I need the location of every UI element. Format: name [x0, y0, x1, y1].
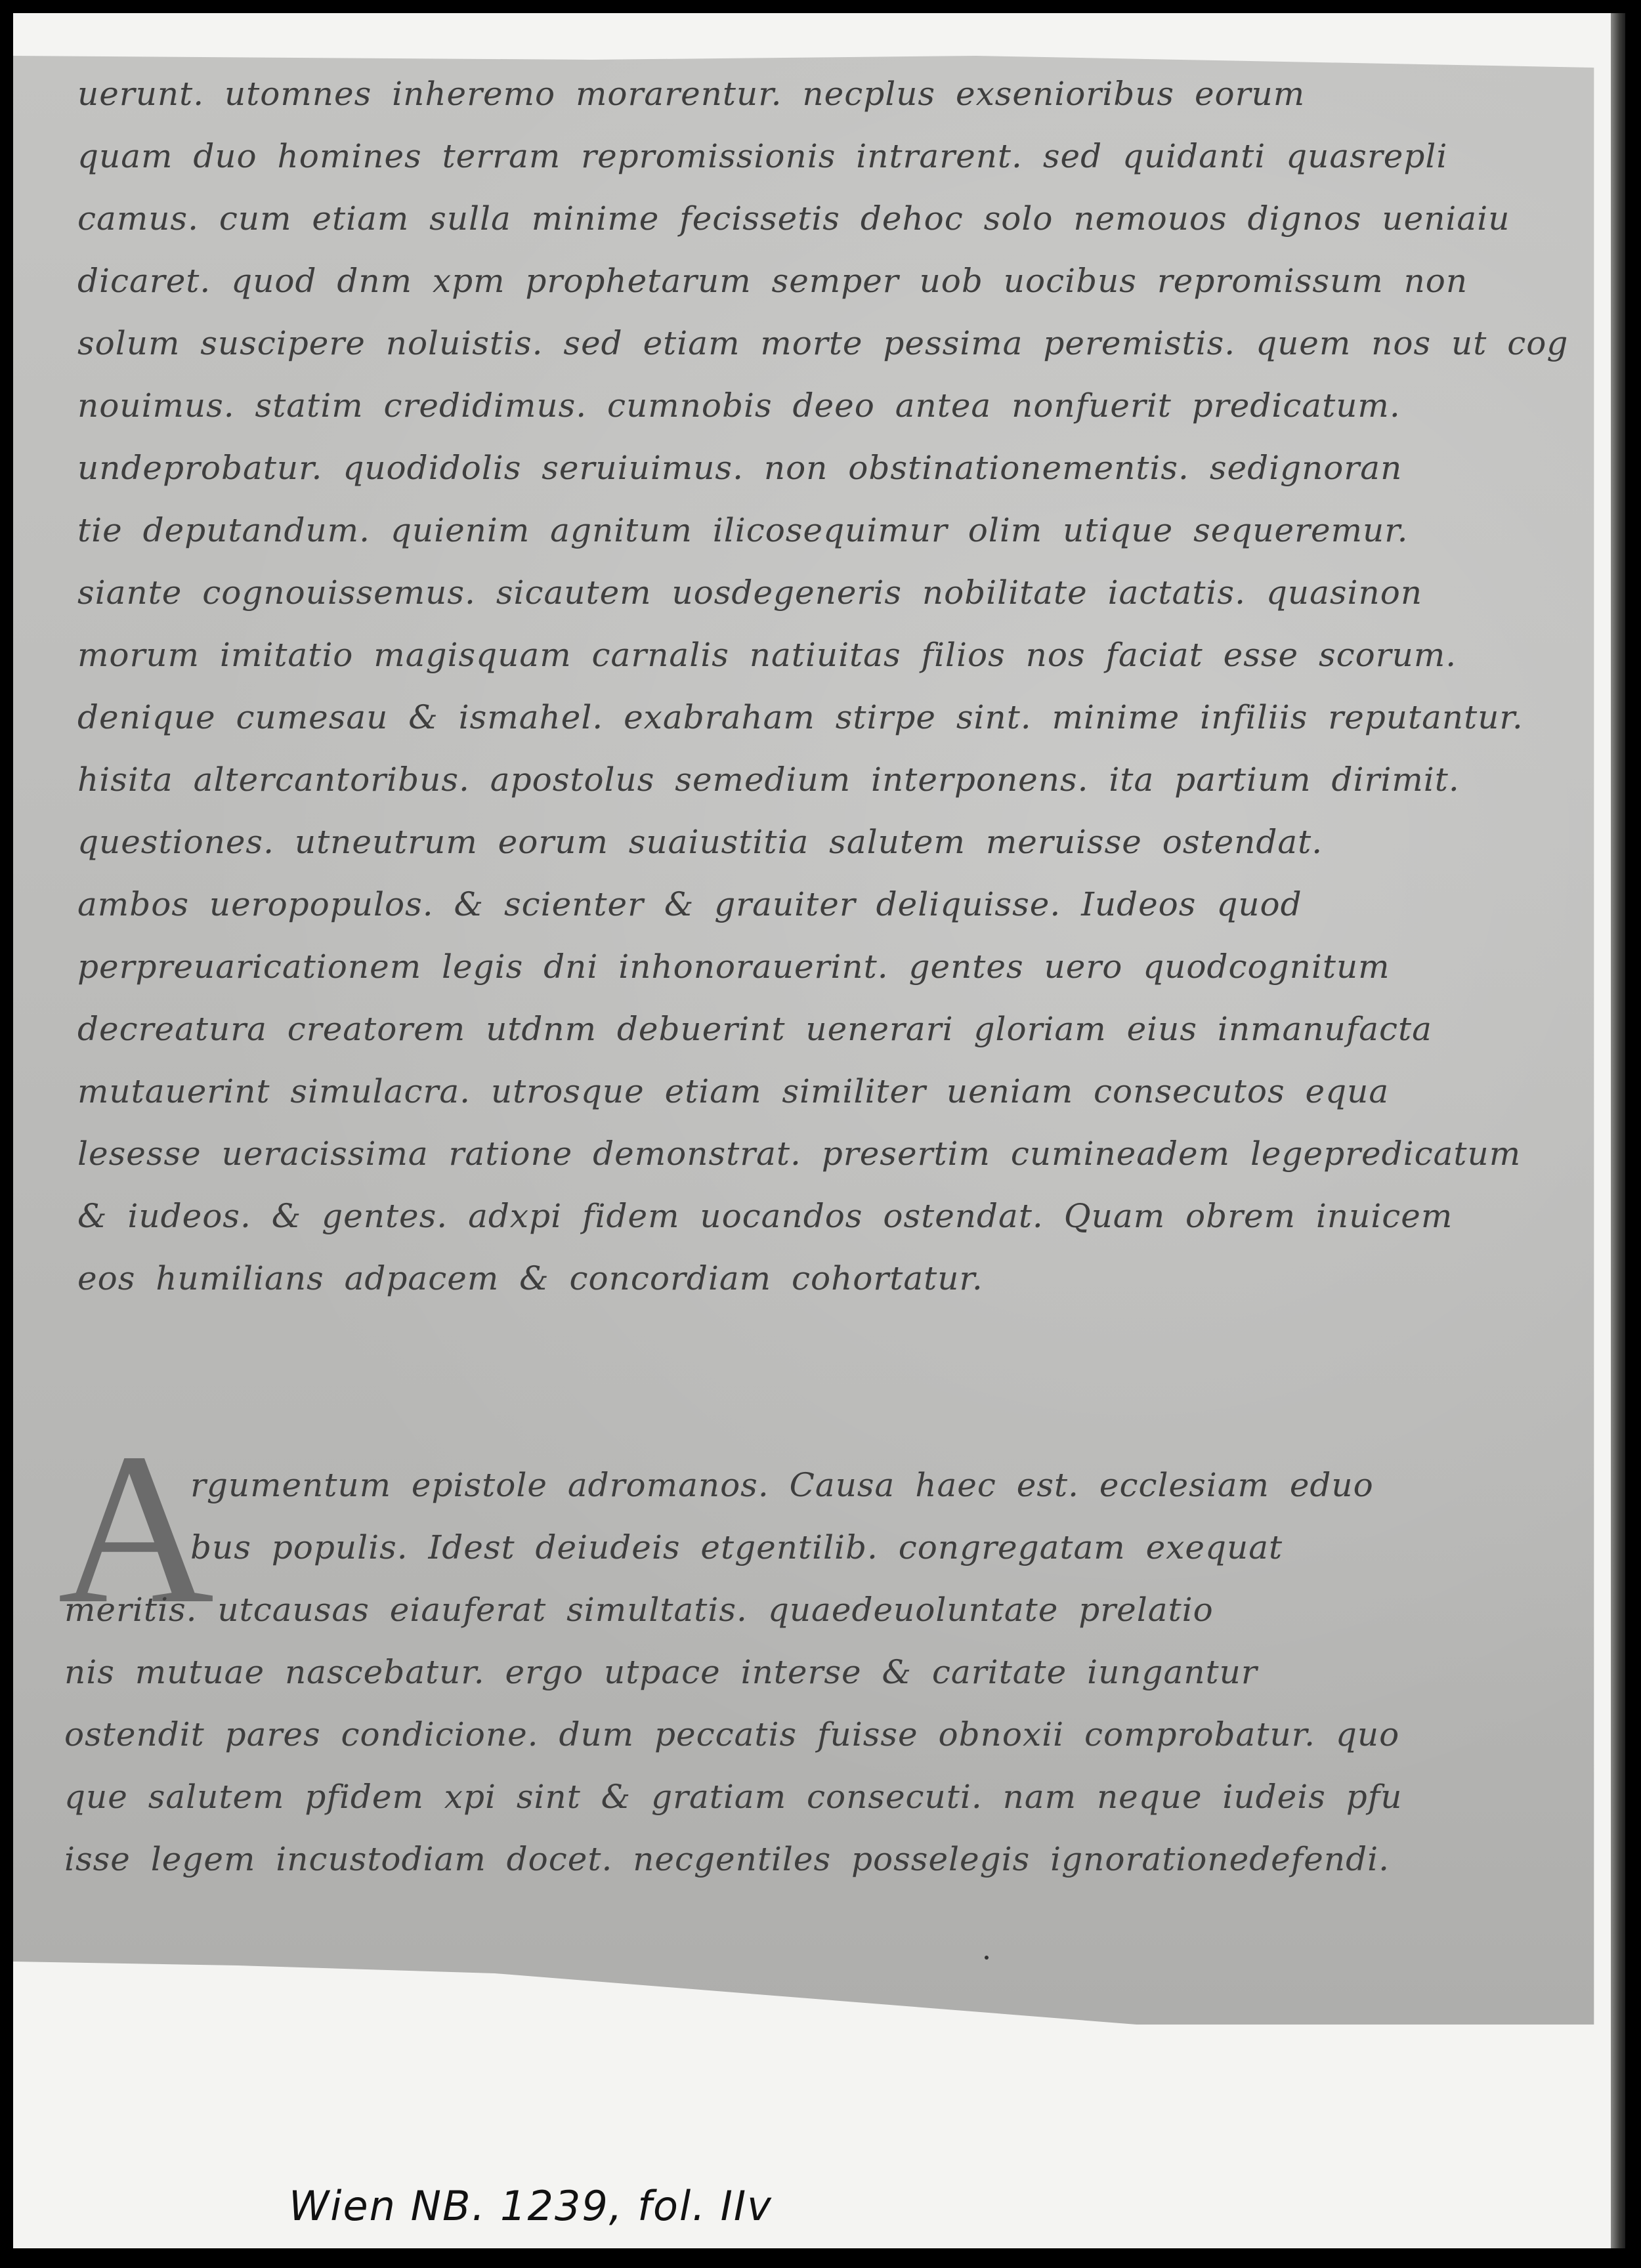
manuscript-line: solum suscipere noluistis. sed etiam mor…: [77, 314, 1568, 373]
manuscript-line: uerunt. utomnes inheremo morarentur. nec…: [77, 64, 1305, 123]
manuscript-line: camus. cum etiam sulla minime fecissetis…: [77, 189, 1510, 248]
shelfmark-caption: Wien NB. 1239, fol. IIv: [289, 2182, 773, 2230]
manuscript-line: que salutem pfidem xpi sint & gratiam co…: [64, 1767, 1402, 1826]
binding-gutter: [1611, 13, 1625, 2248]
manuscript-line: questiones. utneutrum eorum suaiustitia …: [77, 812, 1323, 871]
manuscript-line: nis mutuae nascebatur. ergo utpace inter…: [64, 1643, 1258, 1702]
manuscript-line: meritis. utcausas eiauferat simultatis. …: [64, 1580, 1214, 1639]
manuscript-line: siante cognouissemus. sicautem uosdegene…: [77, 563, 1422, 622]
manuscript-line: tie deputandum. quienim agnitum ilicoseq…: [77, 501, 1409, 560]
manuscript-line: dicaret. quod dnm xpm prophetarum semper…: [77, 251, 1468, 310]
manuscript-line: decreatura creatorem utdnm debuerint uen…: [77, 999, 1432, 1059]
manuscript-line: isse legem incustodiam docet. necgentile…: [64, 1830, 1390, 1889]
manuscript-line: hisita altercantoribus. apostolus semedi…: [77, 750, 1460, 809]
manuscript-line: perpreuaricationem legis dni inhonorauer…: [77, 937, 1390, 996]
manuscript-line: mutauerint simulacra. utrosque etiam sim…: [77, 1062, 1389, 1121]
manuscript-line: quam duo homines terram repromissionis i…: [77, 127, 1447, 186]
manuscript-line: undeprobatur. quodidolis seruiuimus. non…: [77, 438, 1402, 497]
ink-speck: [985, 1956, 989, 1960]
manuscript-line: ambos ueropopulos. & scienter & grauiter…: [77, 875, 1302, 934]
manuscript-line: ostendit pares condicione. dum peccatis …: [64, 1705, 1399, 1764]
manuscript-line: nouimus. statim credidimus. cumnobis dee…: [77, 376, 1401, 435]
manuscript-line: lesesse ueracissima ratione demonstrat. …: [77, 1124, 1521, 1183]
manuscript-line: rgumentum epistole adromanos. Causa haec…: [190, 1456, 1374, 1515]
manuscript-line: eos humilians adpacem & concordiam cohor…: [77, 1249, 983, 1308]
manuscript-line: denique cumesau & ismahel. exabraham sti…: [77, 688, 1524, 747]
manuscript-line: & iudeos. & gentes. adxpi fidem uocandos…: [77, 1186, 1453, 1246]
manuscript-line: bus populis. Idest deiudeis etgentilib. …: [190, 1518, 1283, 1577]
photo-frame: uerunt. utomnes inheremo morarentur. nec…: [13, 13, 1625, 2248]
manuscript-line: morum imitatio magisquam carnalis natiui…: [77, 625, 1457, 684]
